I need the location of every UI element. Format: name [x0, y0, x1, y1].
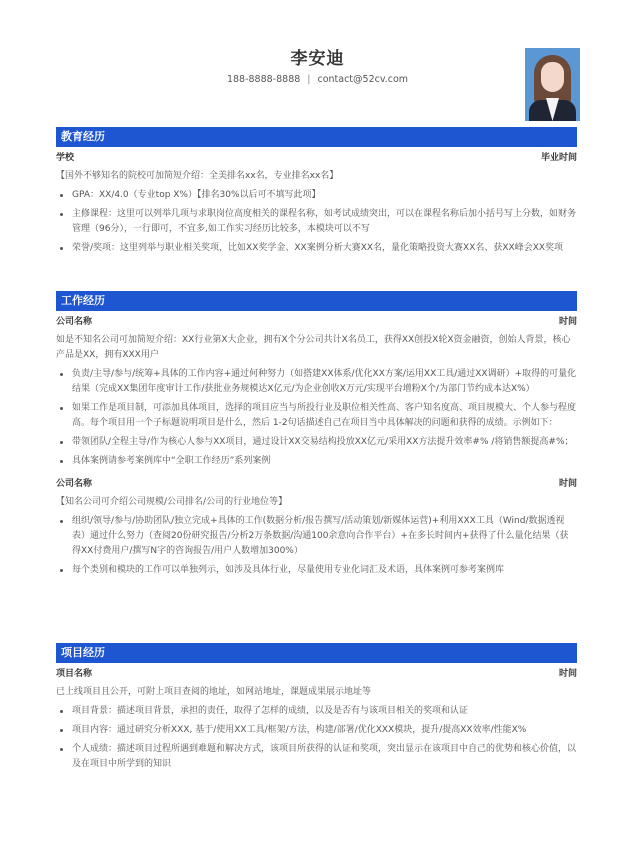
company-intro: 【知名公司可介绍公司规模/公司排名/公司的行业地位等】	[56, 495, 577, 510]
work-bullets: 组织/领导/参与/协助团队/独立完成+具体的工作(数据分析/报告撰写/活动策划/…	[56, 514, 577, 578]
work-time: 时间	[559, 315, 577, 329]
profile-photo	[525, 48, 580, 121]
section-title-project: 项目经历	[56, 643, 577, 663]
resume-header: 李安迪 188-8888-8888|contact@52cv.com	[0, 0, 635, 125]
list-item: 荣誉/奖项：这里列举与职业相关奖项，比如XX奖学金、XX案例分析大赛XX名，量化…	[56, 241, 577, 256]
list-item: GPA：XX/4.0（专业top X%）【排名30%以后可不填写此项】	[56, 188, 577, 203]
work-header-row: 公司名称 时间	[56, 477, 577, 491]
list-item: 带领团队/全程主导/作为核心人参与XX项目，通过设计XX交易结构投放XX亿元/采…	[56, 435, 577, 450]
contact-separator: |	[307, 74, 310, 85]
project-header-row: 项目名称 时间	[56, 667, 577, 681]
list-item: 主修课程：这里可以列举几项与求职岗位高度相关的课程名称，如考试成绩突出，可以在课…	[56, 207, 577, 237]
work-header-row: 公司名称 时间	[56, 315, 577, 329]
project-section: 项目经历 项目名称 时间 已上线项目且公开，可附上项目查阅的地址，如网站地址，课…	[56, 643, 577, 772]
list-item: 组织/领导/参与/协助团队/独立完成+具体的工作(数据分析/报告撰写/活动策划/…	[56, 514, 577, 559]
photo-face	[541, 62, 564, 92]
list-item: 项目内容：通过研究分析XXX, 基于/使用XX工具/框架/方法，构建/部署/优化…	[56, 723, 577, 738]
list-item: 项目背景：描述项目背景，承担的责任，取得了怎样的成绩，以及是否有与该项目相关的奖…	[56, 704, 577, 719]
project-intro: 已上线项目且公开，可附上项目查阅的地址，如网站地址，课题成果展示地址等	[56, 685, 577, 700]
work-time: 时间	[559, 477, 577, 491]
list-item: 每个类别和模块的工作可以单独列示，如涉及具体行业，尽量使用专业化词汇及术语，具体…	[56, 563, 577, 578]
list-item: 具体案例请参考案例库中“全职工作经历”系列案例	[56, 454, 577, 469]
section-title-education: 教育经历	[56, 127, 577, 147]
company-intro: 如是不知名公司可加简短介绍：XX行业第X大企业，拥有X个分公司共计X名员工，获得…	[56, 333, 577, 363]
phone-number: 188-8888-8888	[227, 74, 300, 85]
section-title-work: 工作经历	[56, 291, 577, 311]
list-item: 负责/主导/参与/统筹+具体的工作内容+通过何种努力（如搭建XX体系/优化XX方…	[56, 367, 577, 397]
list-item: 如果工作是项目制，可添加具体项目，选择的项目应当与所投行业及职位相关性高、客户知…	[56, 401, 577, 431]
education-section: 教育经历 学校 毕业时间 【国外不够知名的院校可加简短介绍：全美排名xx名，专业…	[56, 127, 577, 256]
school-name: 学校	[56, 151, 74, 165]
education-header-row: 学校 毕业时间	[56, 151, 577, 165]
education-bullets: GPA：XX/4.0（专业top X%）【排名30%以后可不填写此项】 主修课程…	[56, 188, 577, 256]
email-address: contact@52cv.com	[317, 74, 408, 85]
graduation-time: 毕业时间	[541, 151, 577, 165]
school-intro: 【国外不够知名的院校可加简短介绍：全美排名xx名，专业排名xx名】	[56, 169, 577, 184]
list-item: 个人成绩：描述项目过程所遇到难题和解决方式，该项目所获得的认证和奖项，突出显示在…	[56, 742, 577, 772]
work-section: 工作经历 公司名称 时间 如是不知名公司可加简短介绍：XX行业第X大企业，拥有X…	[56, 291, 577, 578]
company-name: 公司名称	[56, 315, 92, 329]
project-bullets: 项目背景：描述项目背景，承担的责任，取得了怎样的成绩，以及是否有与该项目相关的奖…	[56, 704, 577, 772]
company-name: 公司名称	[56, 477, 92, 491]
project-time: 时间	[559, 667, 577, 681]
work-bullets: 负责/主导/参与/统筹+具体的工作内容+通过何种努力（如搭建XX体系/优化XX方…	[56, 367, 577, 469]
project-name: 项目名称	[56, 667, 92, 681]
